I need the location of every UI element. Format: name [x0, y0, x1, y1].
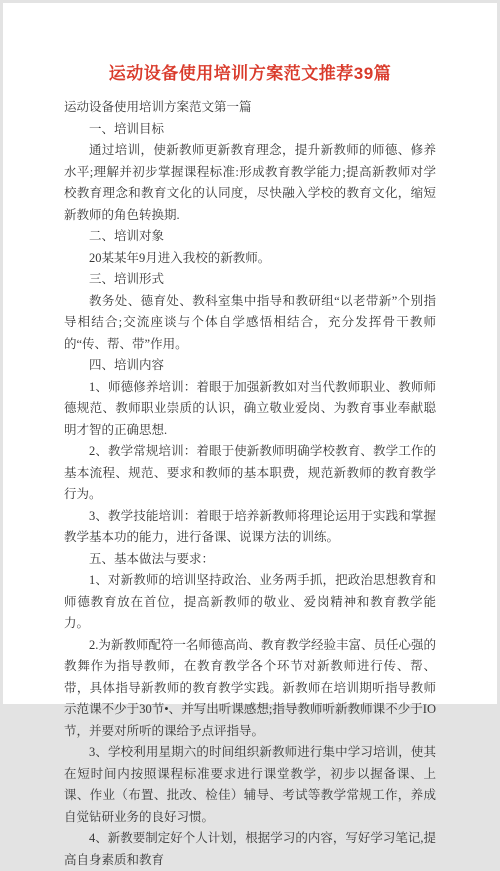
paragraph: 一、培训目标 — [64, 119, 436, 141]
paragraph: 2、教学常规培训：着眼于使新教师明确学校教育、教学工作的基本流程、规范、要求和教… — [64, 441, 436, 506]
paragraph: 1、对新教师的培训坚持政治、业务两手抓，把政治思想教育和师德教育放在首位，提高新… — [64, 570, 436, 635]
document-body: 运动设备使用培训方案范文第一篇一、培训目标通过培训，使新教师更新教育理念，提升新… — [64, 97, 436, 707]
document-page: 运动设备使用培训方案范文推荐39篇 运动设备使用培训方案范文第一篇一、培训目标通… — [3, 3, 497, 704]
paragraph: 通过培训，使新教师更新教育理念，提升新教师的师德、修养水平;理解并初步掌握课程标… — [64, 140, 436, 226]
paragraph: 20某某年9月进入我校的新教师。 — [64, 248, 436, 270]
paragraph: 二、培训对象 — [64, 226, 436, 248]
paragraph: 三、培训形式 — [64, 269, 436, 291]
paragraph: 1、师德修养培训：着眼于加强新教如对当代教师职业、教师师德规范、教师职业崇质的认… — [64, 377, 436, 442]
paragraph: 四、培训内容 — [64, 355, 436, 377]
paragraph: 运动设备使用培训方案范文第一篇 — [64, 97, 436, 119]
paragraph: 教务处、德育处、教科室集中指导和教研组“以老带新”个别指导相结合;交流座谈与个体… — [64, 291, 436, 356]
paragraph: 2.为新教师配符一名师德高尚、教育教学经验丰富、员任心强的教舞作为指导教师，在教… — [64, 635, 436, 708]
document-title: 运动设备使用培训方案范文推荐39篇 — [64, 61, 436, 87]
paragraph: 五、基本做法与要求： — [64, 549, 436, 571]
paragraph: 3、教学技能培训：着眼于培养新教师将理论运用于实践和掌握教学基本功的能力，进行备… — [64, 506, 436, 549]
